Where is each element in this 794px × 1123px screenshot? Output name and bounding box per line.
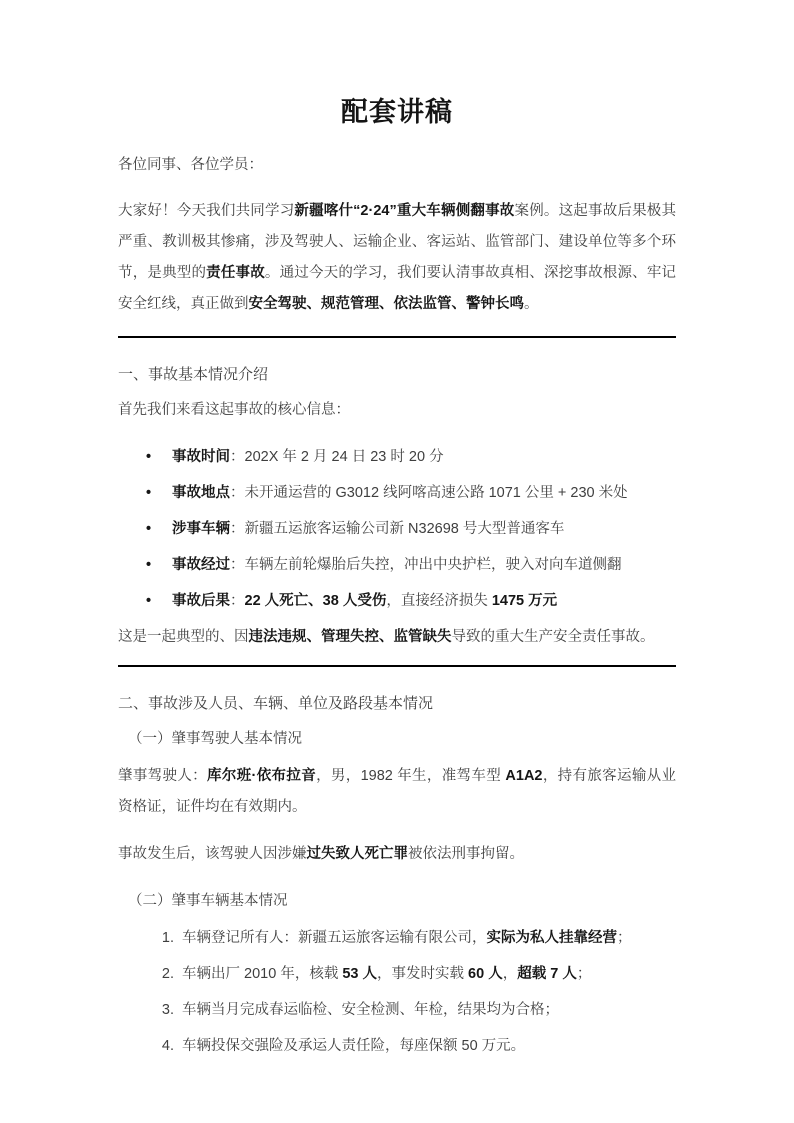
section-1-summary: 这是一起典型的、因违法违规、管理失控、监管缺失导致的重大生产安全责任事故。 [118,622,676,653]
fact-item-process: 事故经过：车辆左前轮爆胎后失控，冲出中央护栏，驶入对向车道侧翻 [172,550,676,581]
section-1-lead: 首先我们来看这起事故的核心信息： [118,395,676,426]
doc-title: 配套讲稿 [118,94,676,130]
document-page: 配套讲稿 各位同事、各位学员： 大家好！今天我们共同学习新疆喀什“2·24”重大… [0,0,794,1123]
fact-item-vehicle: 涉事车辆：新疆五运旅客运输公司新 N32698 号大型普通客车 [172,514,676,545]
section-1-heading: 一、事故基本情况介绍 [118,359,676,390]
vehicle-item-owner: 车辆登记所有人：新疆五运旅客运输有限公司，实际为私人挂靠经营； [178,923,676,954]
vehicle-item-insurance: 车辆投保交强险及承运人责任险，每座保额 50 万元。 [178,1031,676,1062]
driver-info-paragraph: 肇事驾驶人：库尔班·依布拉音，男，1982 年生，准驾车型 A1A2，持有旅客运… [118,761,676,823]
driver-detention-paragraph: 事故发生后，该驾驶人因涉嫌过失致人死亡罪被依法刑事拘留。 [118,839,676,870]
fact-item-location: 事故地点：未开通运营的 G3012 线阿喀高速公路 1071 公里 + 230 … [172,478,676,509]
vehicle-item-inspection: 车辆当月完成春运临检、安全检测、年检，结果均为合格； [178,995,676,1026]
vehicle-info-list: 车辆登记所有人：新疆五运旅客运输有限公司，实际为私人挂靠经营； 车辆出厂 201… [118,923,676,1062]
accident-facts-list: 事故时间：202X 年 2 月 24 日 23 时 20 分 事故地点：未开通运… [118,442,676,617]
section-divider-1 [118,336,676,338]
subsection-driver-heading: （一）肇事驾驶人基本情况 [118,724,676,755]
fact-item-time: 事故时间：202X 年 2 月 24 日 23 时 20 分 [172,442,676,473]
section-divider-2 [118,665,676,667]
section-2-heading: 二、事故涉及人员、车辆、单位及路段基本情况 [118,688,676,719]
fact-item-consequence: 事故后果：22 人死亡、38 人受伤，直接经济损失 1475 万元 [172,586,676,617]
intro-paragraph: 大家好！今天我们共同学习新疆喀什“2·24”重大车辆侧翻事故案例。这起事故后果极… [118,196,676,320]
vehicle-item-capacity: 车辆出厂 2010 年，核载 53 人，事发时实载 60 人，超载 7 人； [178,959,676,990]
subsection-vehicle-heading: （二）肇事车辆基本情况 [118,886,676,917]
salutation: 各位同事、各位学员： [118,150,676,181]
